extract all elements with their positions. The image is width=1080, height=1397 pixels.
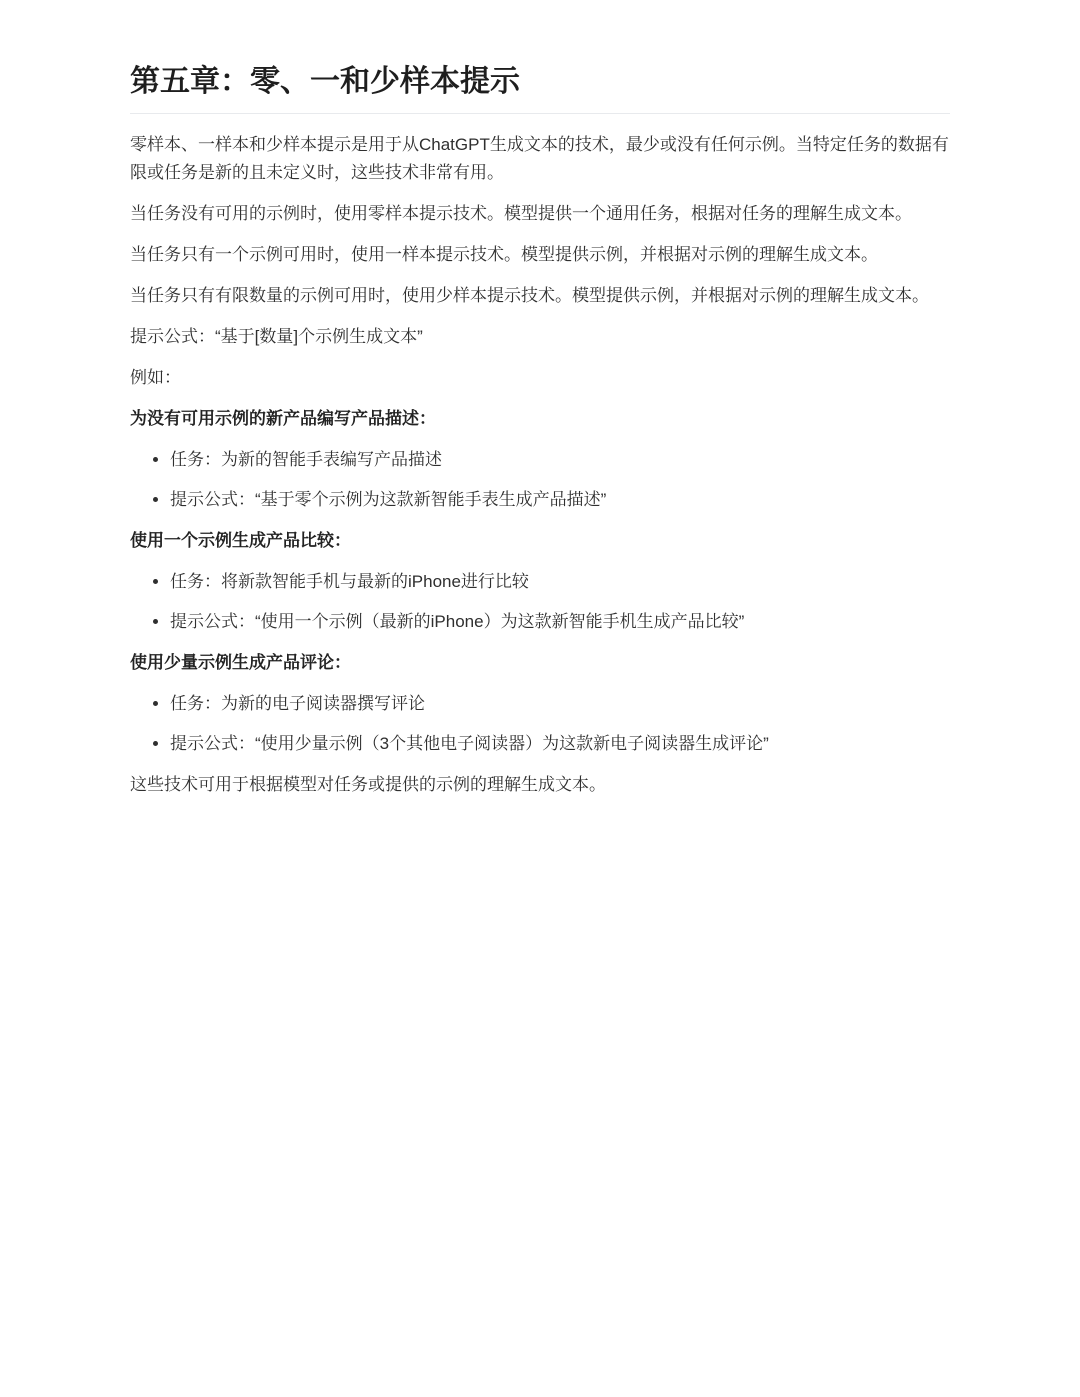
closing-paragraph: 这些技术可用于根据模型对任务或提供的示例的理解生成文本。 (130, 771, 950, 799)
list-item-formula: 提示公式：“使用少量示例（3个其他电子阅读器）为这款新电子阅读器生成评论” (170, 730, 950, 758)
bullet-list-one-shot: 任务：将新款智能手机与最新的iPhone进行比较 提示公式：“使用一个示例（最新… (130, 568, 950, 636)
list-item-task: 任务：为新的电子阅读器撰写评论 (170, 690, 950, 718)
document-page: 第五章：零、一和少样本提示 零样本、一样本和少样本提示是用于从ChatGPT生成… (0, 0, 1080, 1397)
list-item-formula: 提示公式：“使用一个示例（最新的iPhone）为这款新智能手机生成产品比较” (170, 608, 950, 636)
few-shot-paragraph: 当任务只有有限数量的示例可用时，使用少样本提示技术。模型提供示例，并根据对示例的… (130, 282, 950, 310)
list-item-task: 任务：为新的智能手表编写产品描述 (170, 446, 950, 474)
bullet-list-zero-shot: 任务：为新的智能手表编写产品描述 提示公式：“基于零个示例为这款新智能手表生成产… (130, 446, 950, 514)
example-lead-in: 例如： (130, 364, 950, 392)
chapter-title: 第五章：零、一和少样本提示 (130, 62, 950, 114)
section-heading-few-shot-example: 使用少量示例生成产品评论： (130, 649, 950, 677)
list-item-formula: 提示公式：“基于零个示例为这款新智能手表生成产品描述” (170, 486, 950, 514)
section-heading-zero-shot-example: 为没有可用示例的新产品编写产品描述： (130, 405, 950, 433)
document-content: 第五章：零、一和少样本提示 零样本、一样本和少样本提示是用于从ChatGPT生成… (130, 62, 950, 812)
intro-paragraph: 零样本、一样本和少样本提示是用于从ChatGPT生成文本的技术，最少或没有任何示… (130, 131, 950, 187)
zero-shot-paragraph: 当任务没有可用的示例时，使用零样本提示技术。模型提供一个通用任务，根据对任务的理… (130, 200, 950, 228)
section-heading-one-shot-example: 使用一个示例生成产品比较： (130, 527, 950, 555)
one-shot-paragraph: 当任务只有一个示例可用时，使用一样本提示技术。模型提供示例，并根据对示例的理解生… (130, 241, 950, 269)
list-item-task: 任务：将新款智能手机与最新的iPhone进行比较 (170, 568, 950, 596)
bullet-list-few-shot: 任务：为新的电子阅读器撰写评论 提示公式：“使用少量示例（3个其他电子阅读器）为… (130, 690, 950, 758)
prompt-formula-paragraph: 提示公式：“基于[数量]个示例生成文本” (130, 323, 950, 351)
